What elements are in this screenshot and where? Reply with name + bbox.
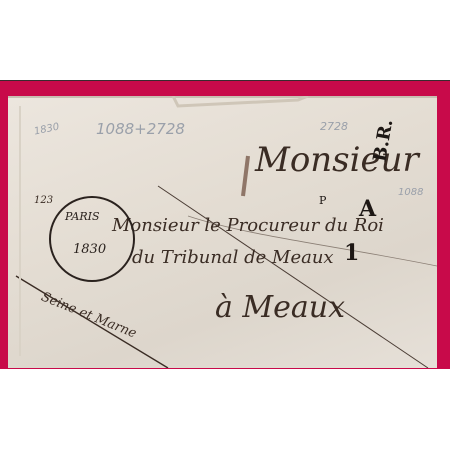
address-line1: Monsieur	[255, 140, 419, 180]
pencil-number-right: 2728	[320, 120, 348, 133]
note-left: 123	[34, 195, 53, 206]
postmark-date: 1830	[73, 242, 106, 257]
circular-postmark: PARIS 1830	[49, 196, 135, 282]
address-line4: à Meaux	[215, 290, 345, 325]
triangle-stamp: A	[359, 196, 376, 222]
pencil-number-side: 1088	[398, 187, 423, 198]
tax-mark: 1	[344, 240, 359, 266]
address-line3: du Tribunal de Meaux	[132, 247, 334, 268]
postmark-text: PARIS	[65, 210, 100, 223]
pencil-catalog: 1088+2728	[96, 120, 185, 138]
address-line2: Monsieur le Procureur du Roi	[112, 215, 384, 236]
p-stamp: P	[319, 194, 326, 207]
